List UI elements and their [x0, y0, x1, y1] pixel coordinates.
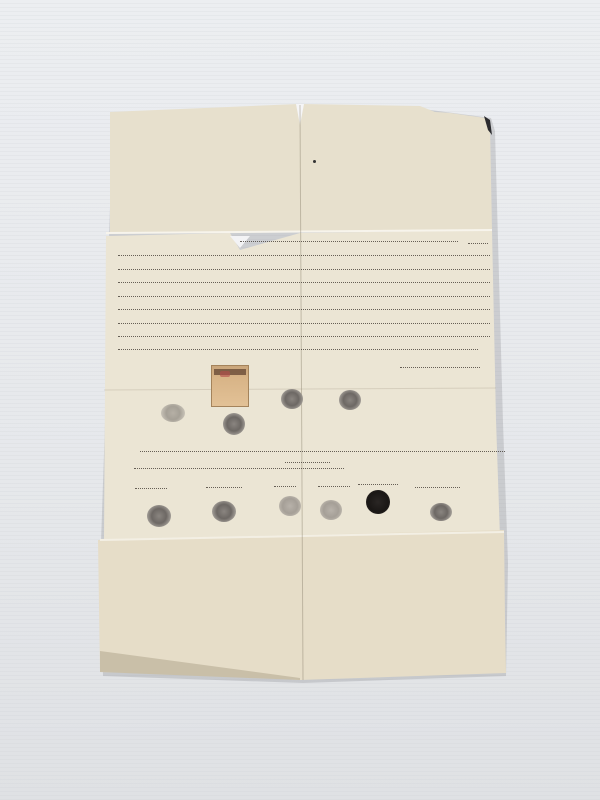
signature-seal-4	[320, 500, 342, 520]
attestation-line-2	[134, 465, 344, 469]
text-line-8	[118, 333, 490, 337]
attestation-line-1	[140, 448, 505, 452]
signatory-label-4	[318, 483, 350, 487]
text-line-1	[240, 238, 458, 242]
signatory-label-1	[135, 485, 167, 489]
date-fragment	[285, 459, 330, 463]
text-line-4	[118, 279, 490, 283]
text-line-1b	[468, 240, 488, 244]
signatory-label-2	[206, 484, 242, 488]
ink-dot	[313, 160, 316, 163]
text-line-5	[118, 293, 490, 297]
revenue-stamp	[211, 365, 249, 407]
closing-line	[400, 364, 480, 368]
signature-seal-6	[430, 503, 452, 521]
signatory-label-5	[358, 481, 398, 485]
signatory-label-3	[274, 483, 296, 487]
signatory-label-6	[415, 484, 460, 488]
signature-seal-3	[279, 496, 301, 516]
text-line-7	[118, 320, 490, 324]
text-line-9	[118, 346, 478, 350]
signature-seal-2	[212, 501, 236, 522]
text-line-6	[118, 306, 490, 310]
seal-upper-3	[281, 389, 303, 409]
signature-seal-5	[366, 490, 390, 514]
text-line-3	[118, 266, 490, 270]
text-line-2	[118, 252, 490, 256]
seal-upper-4	[339, 390, 361, 410]
signature-seal-1	[147, 505, 171, 527]
seal-upper-1	[161, 404, 185, 422]
seal-upper-2	[223, 413, 245, 435]
